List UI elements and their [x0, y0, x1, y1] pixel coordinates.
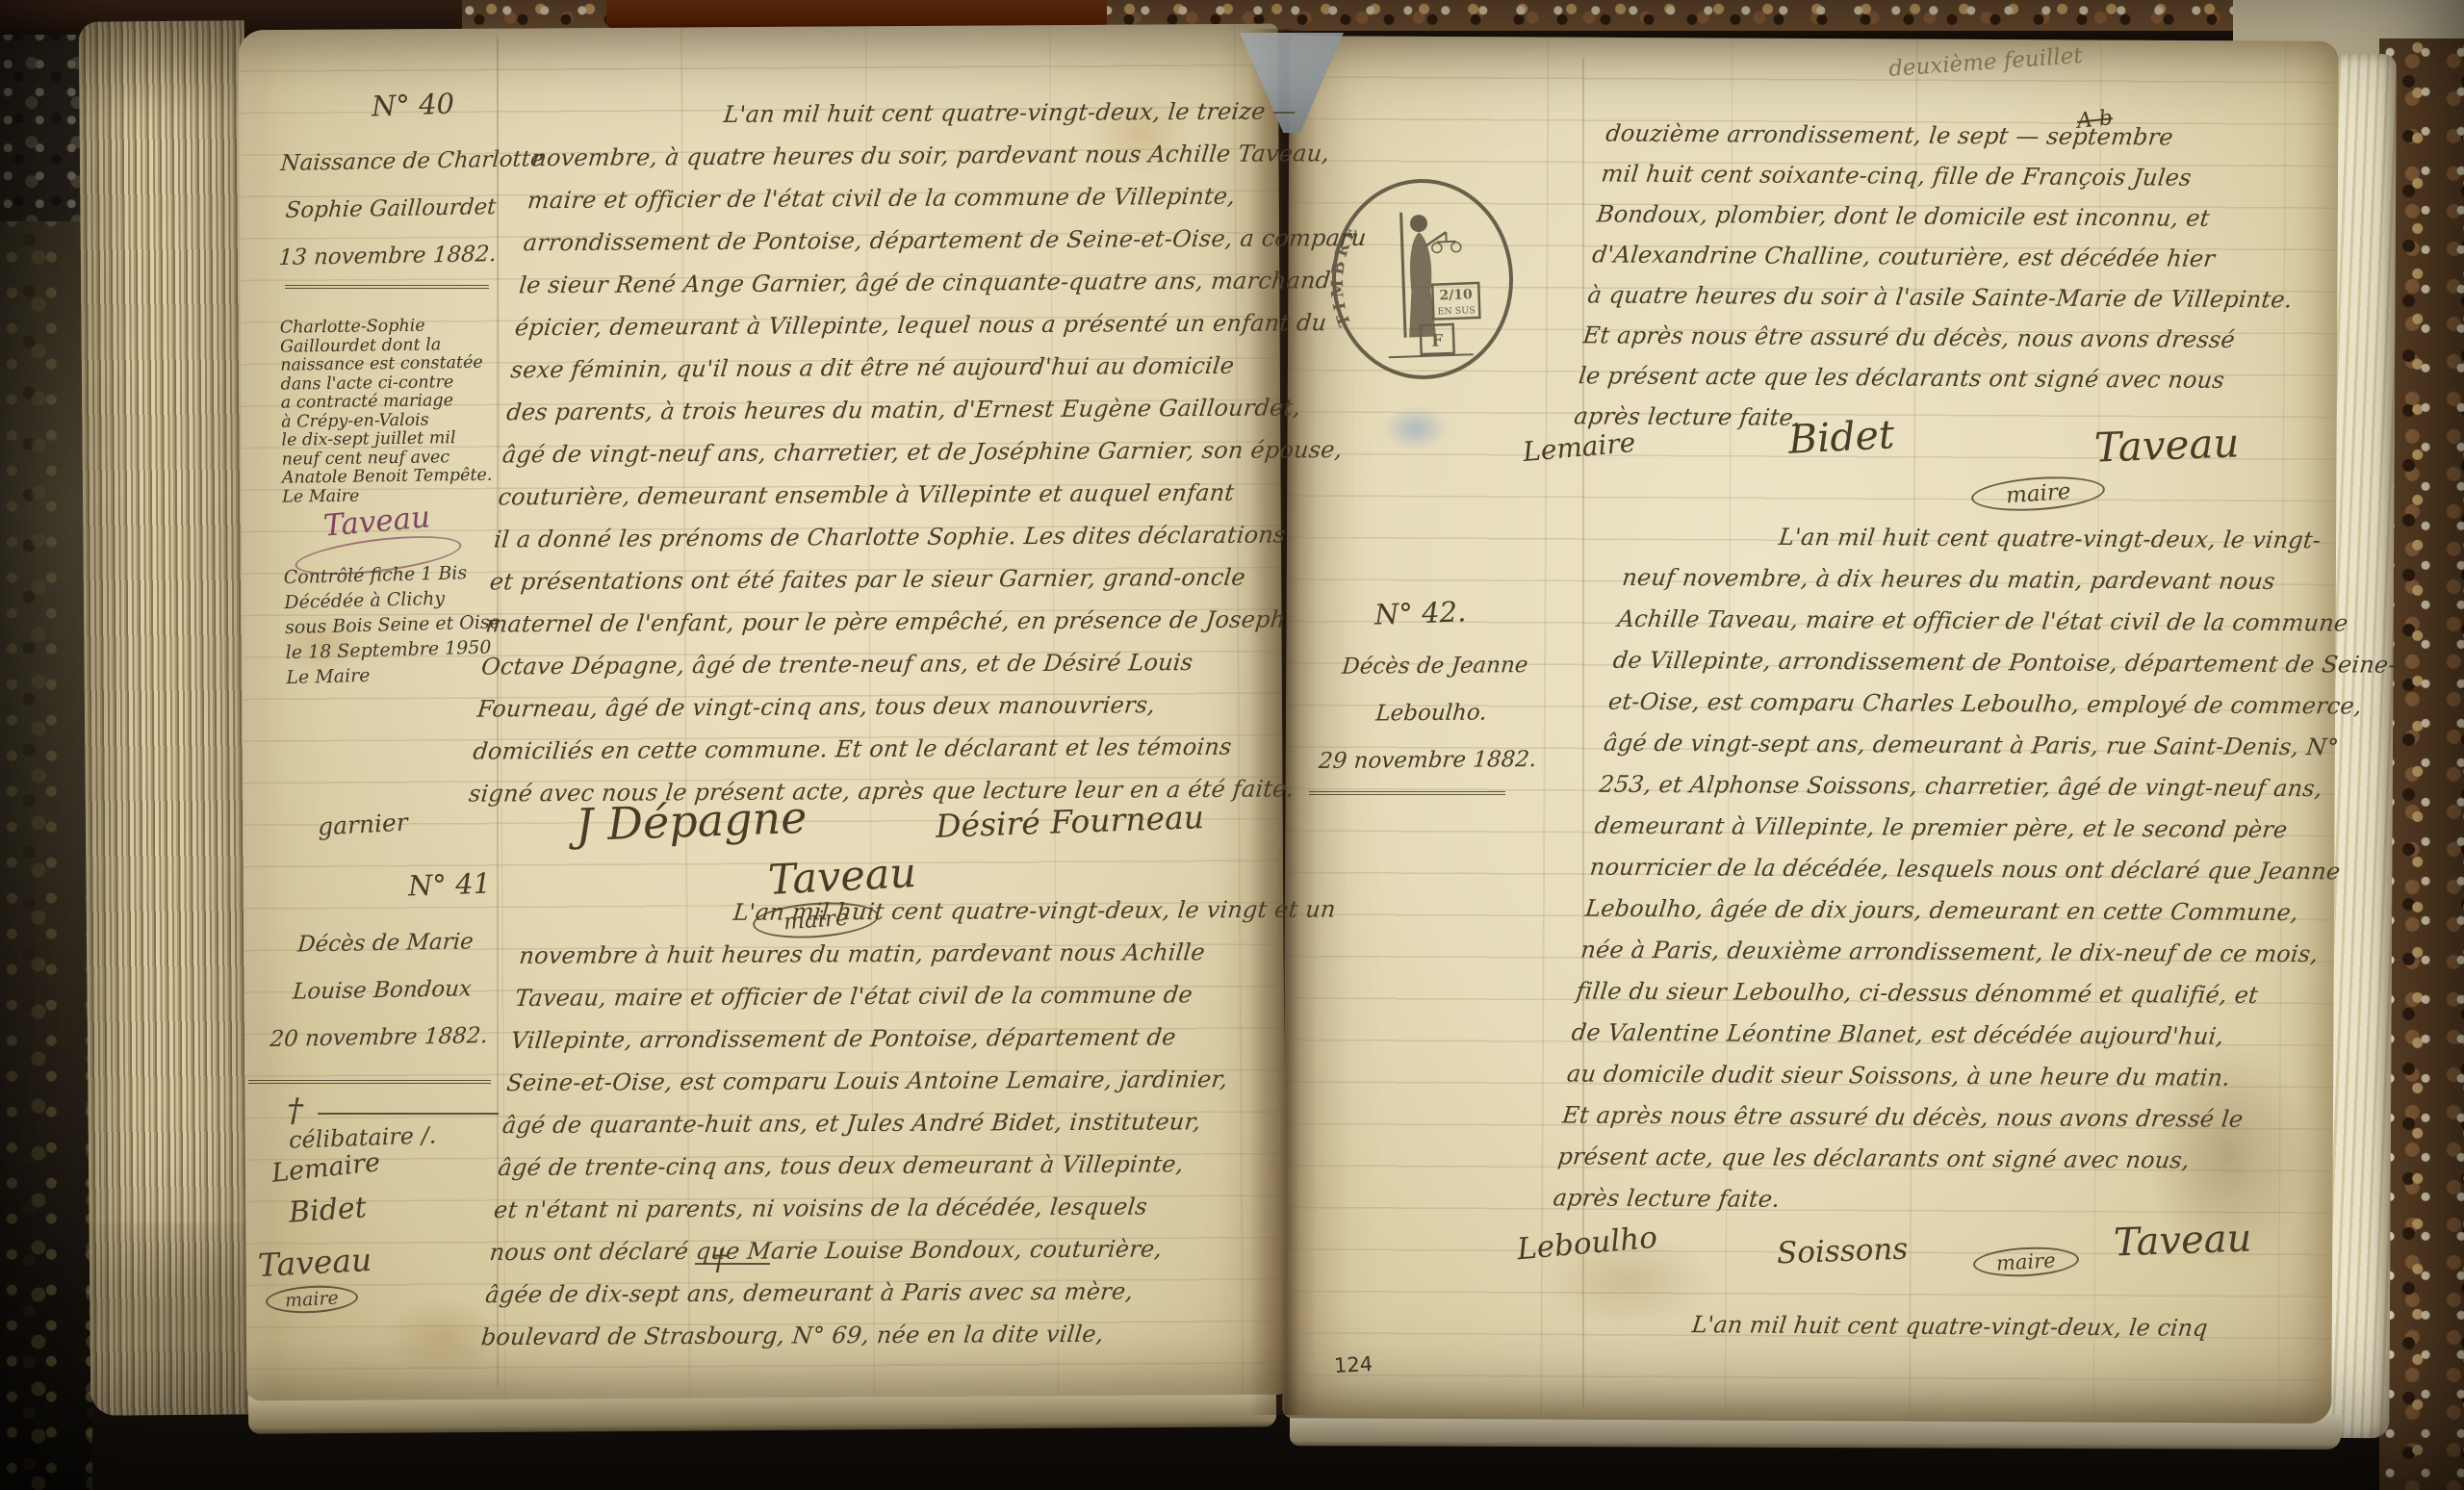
deceased-cross-mark: †	[287, 1092, 303, 1130]
act-number-42: N° 42.	[1373, 595, 1466, 630]
act-number-41: N° 41	[407, 867, 491, 903]
signature-depagne: J Dépagne	[575, 791, 808, 851]
act40-marriage-annotation: Charlotte-SophieGaillourdet dont lanaiss…	[280, 316, 514, 506]
status-underline	[318, 1113, 499, 1115]
signature-taveau-margin: Taveau	[257, 1241, 372, 1284]
mayor-title-label: maire	[265, 1284, 358, 1316]
signature-soissons: Soissons	[1776, 1232, 1908, 1272]
insertion-strike	[695, 1263, 770, 1265]
book-photograph: { "left_page": { "act40": { "number": "N…	[0, 0, 2464, 1490]
signature-taveau-act42: Taveau	[2113, 1217, 2252, 1266]
correction-mark: A b	[2076, 106, 2114, 134]
act42-margin-title: Décès de JeanneLeboulho.29 novembre 1882…	[1305, 642, 1557, 785]
page-number: 124	[1333, 1352, 1373, 1377]
signature-bidet-margin: Bidet	[288, 1191, 368, 1230]
book-cover-left-edge	[0, 0, 92, 1490]
signature-garnier: garnier	[317, 809, 408, 841]
act41-margin-title: Décès de MarieLouise Bondoux20 novembre …	[257, 918, 507, 1065]
margin-divider	[285, 285, 489, 289]
act42-body: L'an mil huit cent quatre-vingt-deux, le…	[1551, 516, 2370, 1223]
act40-margin-title: Naissance de CharlotteSophie Gaillourdet…	[272, 137, 509, 282]
margin-divider	[248, 1080, 491, 1084]
timbre-stamp-graphic: TIMBRE 2/10 EN SUS F	[1321, 168, 1525, 391]
mayor-title-label: maire	[1972, 1245, 2079, 1279]
signature-taveau-act41: Taveau	[2093, 419, 2240, 471]
revenue-stamp: TIMBRE 2/10 EN SUS F	[1321, 168, 1525, 391]
act41-body: L'an mil huit cent quatre-vingt-deux, le…	[479, 888, 1296, 1358]
stamp-surcharge: 2/10	[1439, 287, 1473, 303]
next-act-opening-line: L'an mil huit cent quatre-vingt-deux, le…	[1690, 1311, 2209, 1342]
act40-body: L'an mil huit cent quatre-vingt-deux, le…	[467, 90, 1308, 814]
signature-bidet: Bidet	[1787, 411, 1896, 463]
margin-divider	[1309, 791, 1505, 795]
stacked-page-edges	[79, 20, 257, 1415]
stamp-surcharge2: EN SUS	[1437, 305, 1476, 317]
blue-ink-smudge	[1382, 406, 1450, 450]
mayor-title-oval-margin: maire	[265, 1284, 358, 1316]
mayor-title-oval-act42: maire	[1972, 1245, 2079, 1279]
signature-taveau-act40: Taveau	[767, 849, 917, 905]
stamp-base-letter: F	[1431, 331, 1444, 350]
act41-continuation-body: douzième arrondissement, le sept — septe…	[1572, 113, 2340, 441]
insertion-cross-mark: †	[712, 1244, 727, 1277]
act-number-40: N° 40	[371, 88, 454, 123]
